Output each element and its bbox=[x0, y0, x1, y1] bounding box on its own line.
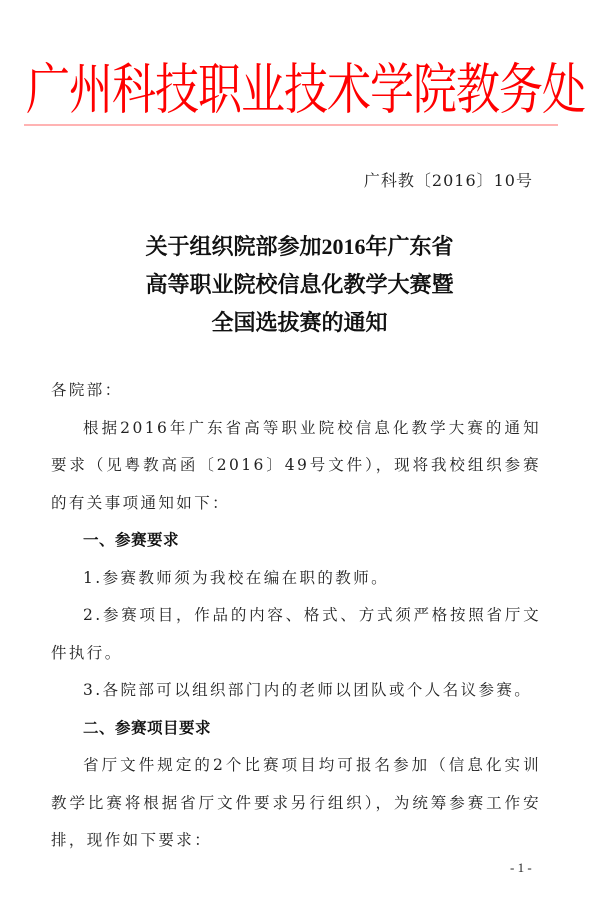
section-heading: 一、参赛要求 bbox=[51, 522, 541, 560]
document-number: 广科教〔2016〕10号 bbox=[364, 168, 533, 191]
list-item: 1.参赛教师须为我校在编在职的教师。 bbox=[51, 560, 541, 598]
title-line: 关于组织院部参加2016年广东省 bbox=[0, 228, 599, 266]
document-body: 各院部： 根据2016年广东省高等职业院校信息化教学大赛的通知要求（见粤教高函〔… bbox=[51, 372, 541, 860]
salutation: 各院部： bbox=[51, 372, 541, 410]
section-heading: 二、参赛项目要求 bbox=[51, 710, 541, 748]
list-item: 2.参赛项目，作品的内容、格式、方式须严格按照省厅文件执行。 bbox=[51, 597, 541, 672]
section-paragraph: 省厅文件规定的2个比赛项目均可报名参加（信息化实训教学比赛将根据省厅文件要求另行… bbox=[51, 747, 541, 860]
document-title: 关于组织院部参加2016年广东省 高等职业院校信息化教学大赛暨 全国选拔赛的通知 bbox=[0, 228, 599, 342]
letterhead-title: 广州科技职业技术学院教务处 bbox=[26, 46, 558, 136]
page-number: - 1 - bbox=[510, 860, 532, 876]
intro-paragraph: 根据2016年广东省高等职业院校信息化教学大赛的通知要求（见粤教高函〔2016〕… bbox=[51, 410, 541, 523]
title-line: 全国选拔赛的通知 bbox=[0, 304, 599, 342]
title-line: 高等职业院校信息化教学大赛暨 bbox=[0, 266, 599, 304]
letterhead-divider bbox=[24, 124, 558, 126]
list-item: 3.各院部可以组织部门内的老师以团队或个人名议参赛。 bbox=[51, 672, 541, 710]
